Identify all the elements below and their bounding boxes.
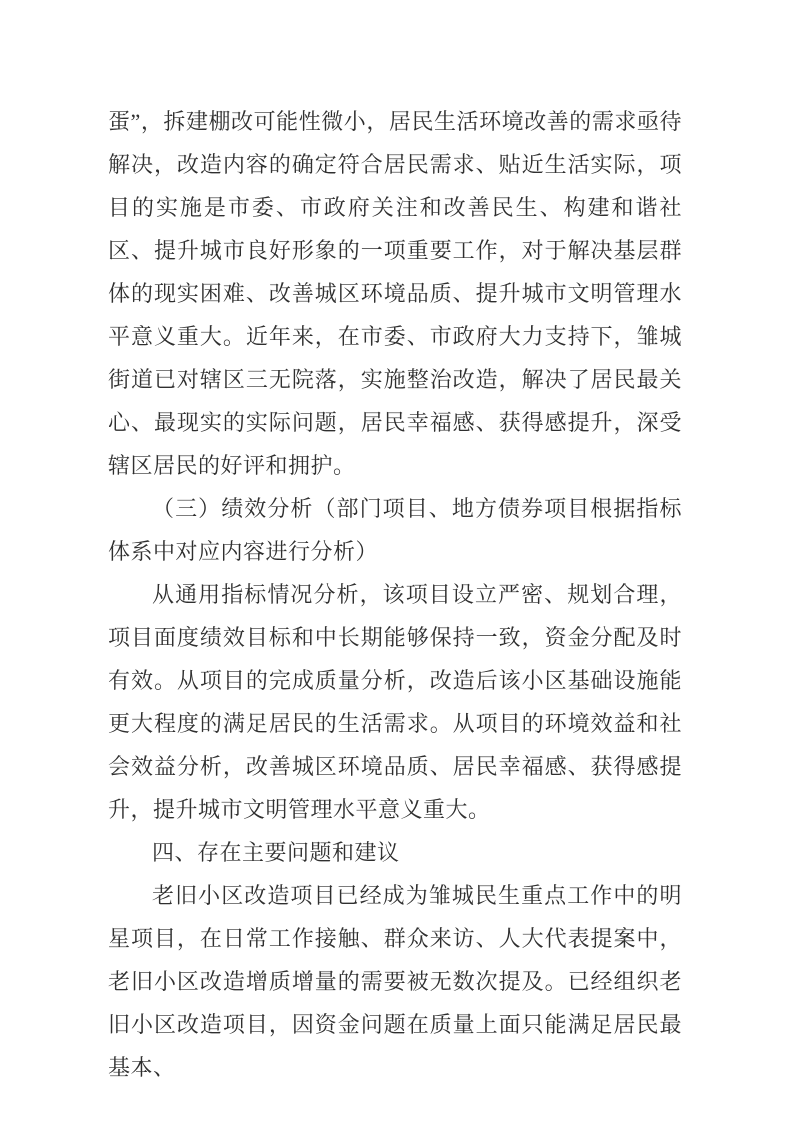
document-body: 蛋”，拆建棚改可能性微小，居民生活环境改善的需求亟待解决，改造内容的确定符合居民… — [108, 100, 682, 1089]
paragraph-performance-analysis: 从通用指标情况分析，该项目设立严密、规划合理，项目面度绩效目标和中长期能够保持一… — [108, 573, 682, 831]
paragraph-continuation: 蛋”，拆建棚改可能性微小，居民生活环境改善的需求亟待解决，改造内容的确定符合居民… — [108, 100, 682, 487]
heading-section-three-performance-analysis: （三）绩效分析（部门项目、地方债券项目根据指标体系中对应内容进行分析） — [108, 487, 682, 573]
document-page: 蛋”，拆建棚改可能性微小，居民生活环境改善的需求亟待解决，改造内容的确定符合居民… — [0, 0, 793, 1122]
heading-section-four-problems-suggestions: 四、存在主要问题和建议 — [108, 831, 682, 874]
paragraph-problems: 老旧小区改造项目已经成为雏城民生重点工作中的明星项目，在日常工作接触、群众来访、… — [108, 874, 682, 1089]
